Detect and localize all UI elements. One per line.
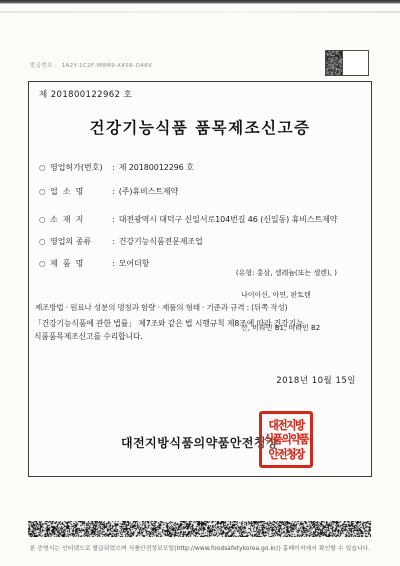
field-colon: :: [112, 237, 115, 246]
certificate-title: 건강기능식품 품목제조신고증: [29, 116, 371, 138]
seal-text-line2: 식품의약품: [264, 432, 308, 447]
field-label: 업 소 명: [50, 186, 110, 197]
scanned-certificate-page: { "scan": { "issue_number_label": "발급번호 …: [0, 0, 400, 566]
field-value: 제 20180012296 호: [119, 162, 194, 173]
circle-bullet-icon: ○: [39, 237, 50, 246]
field-row-business-type: ○ 영업의 종류 : 건강기능식품전문제조업: [39, 236, 203, 247]
verification-box: [325, 50, 369, 76]
circle-bullet-icon: ○: [39, 215, 50, 224]
product-type-line2: 나이아신, 아연, 판토텐: [227, 290, 369, 301]
scan-edge-strip: [0, 0, 400, 4]
method-spec-line: 제조방법 · 원료나 성분의 명칭과 함량 · 제품의 형태 · 기준과 규격 …: [35, 302, 369, 313]
field-colon: :: [112, 215, 115, 224]
law-paragraph: 「건강기능식품에 관한 법률」 제7조와 같은 법 시행규칙 제8조에 따라 건…: [34, 318, 368, 343]
field-colon: :: [112, 187, 115, 196]
product-type-line1: (유형: 홍삼, 셀레늄(또는 셀렌), ): [236, 269, 337, 277]
field-value: 모어더항: [119, 258, 150, 269]
field-row-product-name: ○ 제 품 명 : 모어더항: [39, 258, 149, 269]
field-colon: :: [112, 163, 115, 172]
issue-date: 2018년 10월 15일: [199, 374, 356, 386]
issue-number-value: 1A2Y-1C2F-M8M9-X4S8-O46V: [62, 63, 153, 69]
circle-bullet-icon: ○: [39, 187, 50, 196]
field-label: 영업의 종류: [50, 236, 110, 247]
field-label: 소 재 지: [50, 214, 110, 225]
qr-code-icon: [326, 51, 342, 75]
official-seal-stamp: 대전지방 식품의약품 안전청장: [259, 411, 313, 468]
field-value: 건강기능식품전문제조업: [119, 236, 203, 247]
footer-notice: 본 증명서는 인터넷으로 발급되었으며 식품안전정보포털(http://www.…: [0, 543, 400, 552]
field-label: 제 품 명: [50, 258, 110, 269]
field-row-license: ○ 영업허가(번호) : 제 20180012296 호: [39, 162, 194, 173]
field-label: 영업허가(번호): [50, 162, 110, 173]
scan-streak: [0, 11, 400, 13]
circle-bullet-icon: ○: [39, 163, 50, 172]
verification-empty-cell: [342, 51, 368, 75]
document-number: 제 201800122962 호: [39, 88, 132, 100]
certificate-frame: 제 201800122962 호 건강기능식품 품목제조신고증 ○ 영업허가(번…: [28, 81, 372, 477]
seal-text-line3: 안전청장: [268, 447, 303, 462]
issuing-authority: 대전지방식품의약품안전청장: [121, 434, 278, 451]
field-colon: :: [112, 259, 115, 268]
barcode-strip: [28, 521, 371, 537]
issue-number-label: 발급번호 :: [30, 63, 57, 69]
field-row-company: ○ 업 소 명 : (주)휴비스트제약: [39, 186, 178, 197]
field-row-address: ○ 소 재 지 : 대전광역시 대덕구 신일서로104번길 46 (신일동) 휴…: [39, 214, 337, 225]
circle-bullet-icon: ○: [39, 259, 50, 268]
field-value: 대전광역시 대덕구 신일서로104번길 46 (신일동) 휴비스트제약: [119, 214, 338, 225]
issue-number-line: 발급번호 : 1A2Y-1C2F-M8M9-X4S8-O46V: [30, 61, 152, 69]
field-value: (주)휴비스트제약: [119, 186, 178, 197]
seal-text-line1: 대전지방: [268, 418, 303, 433]
